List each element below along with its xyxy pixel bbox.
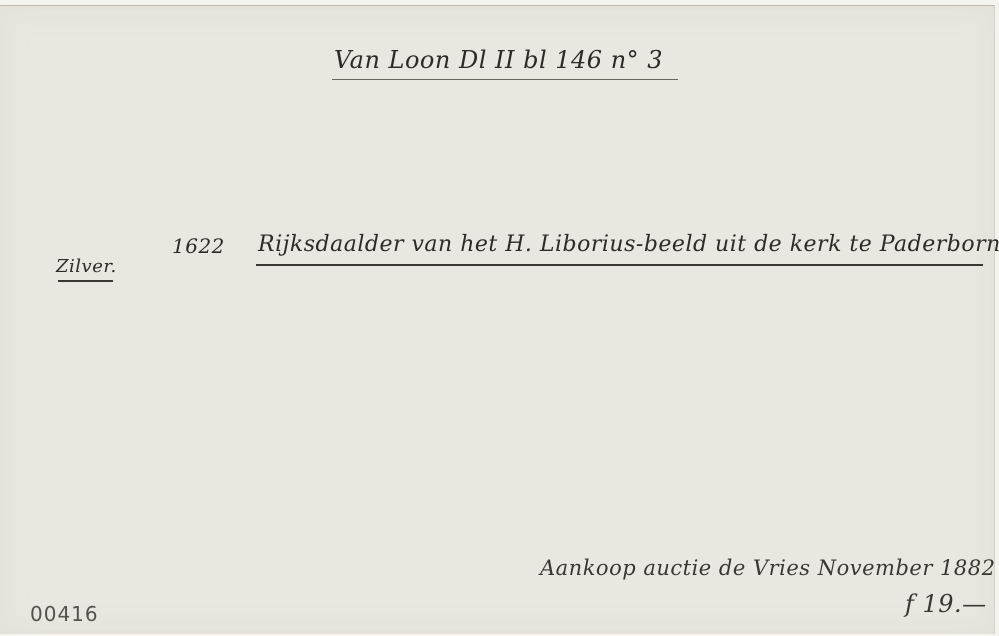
price-text: f 19.—	[905, 590, 987, 618]
material-underline	[58, 280, 113, 282]
reference-heading: Van Loon Dl II bl 146 n° 3	[334, 46, 663, 74]
catalog-number: 00416	[30, 602, 99, 626]
archive-card: Van Loon Dl II bl 146 n° 3 Zilver. 1622 …	[0, 5, 995, 634]
year-text: 1622	[172, 234, 225, 258]
reference-underline	[332, 79, 678, 80]
description-underline	[256, 264, 983, 266]
coin-description: Rijksdaalder van het H. Liborius-beeld u…	[258, 232, 999, 257]
material-label: Zilver.	[56, 256, 117, 277]
purchase-note: Aankoop auctie de Vries November 1882	[540, 556, 996, 580]
